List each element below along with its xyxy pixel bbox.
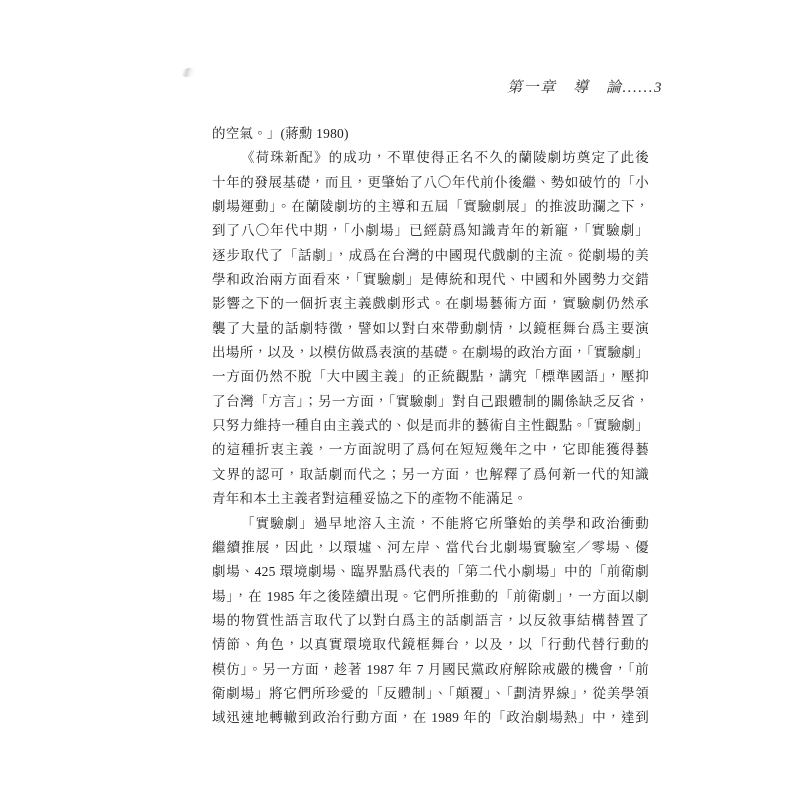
text-line: 情節、角色，以真實環境取代鏡框舞台，以及，以「行動代替行動的 xyxy=(212,633,649,657)
text-line: 劇場、425 環境劇場、臨界點爲代表的「第二代小劇場」中的「前衛劇 xyxy=(212,560,649,584)
text-line: 十年的發展基礎，而且，更肇始了八〇年代前仆後繼、勢如破竹的「小 xyxy=(212,171,649,195)
book-page-scan: 第一章 導 論......3 的空氣。」(蔣勳 1980) 《荷珠新配》的成功，… xyxy=(0,0,800,800)
text-line: 影響之下的一個折衷主義戲劇形式。在劇場藝術方面，實驗劇仍然承 xyxy=(212,292,649,316)
text-line: 的這種折衷主義，一方面說明了爲何在短短幾年之中，它即能獲得藝 xyxy=(212,438,649,462)
scan-smudge-artifact xyxy=(180,67,196,78)
text-line: 只努力維持一種自由主義式的、似是而非的藝術自主性觀點。「實驗劇」 xyxy=(212,414,649,438)
text-line: 衛劇場」將它們所珍愛的「反體制」、「顛覆」、「劃清界線」，從美學領 xyxy=(212,682,649,706)
text-line: 出場所，以及，以模仿做爲表演的基礎。在劇場的政治方面，「實驗劇」 xyxy=(212,341,649,365)
text-line: 《荷珠新配》的成功，不單使得正名不久的蘭陵劇坊奠定了此後 xyxy=(212,146,649,170)
text-line: 青年和本土主義者對這種妥協之下的產物不能滿足。 xyxy=(212,487,649,511)
text-line: 學和政治兩方面看來，「實驗劇」是傳統和現代、中國和外國勢力交錯 xyxy=(212,268,649,292)
text-line: 襲了大量的話劇特徵，譬如以對白來帶動劇情，以鏡框舞台爲主要演 xyxy=(212,317,649,341)
running-header: 第一章 導 論......3 xyxy=(507,76,663,97)
text-line: 劇場運動」。在蘭陵劇坊的主導和五屆「實驗劇展」的推波助瀾之下， xyxy=(212,195,649,219)
text-line: 場」，在 1985 年之後陸續出現。它們所推動的「前衛劇」，一方面以劇 xyxy=(212,585,649,609)
text-line: 文界的認可，取話劇而代之；另一方面，也解釋了爲何新一代的知識 xyxy=(212,463,649,487)
text-line: 了台灣「方言」；另一方面，「實驗劇」對自己跟體制的關係缺乏反省， xyxy=(212,390,649,414)
text-line: 的空氣。」(蔣勳 1980) xyxy=(212,122,649,146)
text-line: 域迅速地轉轍到政治行動方面，在 1989 年的「政治劇場熱」中，達到 xyxy=(212,706,649,730)
text-line: 「實驗劇」過早地溶入主流，不能將它所肇始的美學和政治衝動 xyxy=(212,512,649,536)
text-line: 逐步取代了「話劇」，成爲在台灣的中國現代戲劇的主流。從劇場的美 xyxy=(212,244,649,268)
text-line: 到了八〇年代中期，「小劇場」已經蔚爲知識青年的新寵，「實驗劇」 xyxy=(212,219,649,243)
text-line: 模仿」。另一方面，趁著 1987 年 7 月國民黨政府解除戒嚴的機會，「前 xyxy=(212,658,649,682)
text-line: 一方面仍然不脫「大中國主義」的正統觀點，講究「標準國語」，壓抑 xyxy=(212,365,649,389)
text-line: 場的物質性語言取代了以對白爲主的話劇語言，以反敘事結構替置了 xyxy=(212,609,649,633)
text-line: 繼續推展，因此，以環墟、河左岸、當代台北劇場實驗室／零場、優 xyxy=(212,536,649,560)
body-text-block: 的空氣。」(蔣勳 1980) 《荷珠新配》的成功，不單使得正名不久的蘭陵劇坊奠定… xyxy=(212,122,649,731)
